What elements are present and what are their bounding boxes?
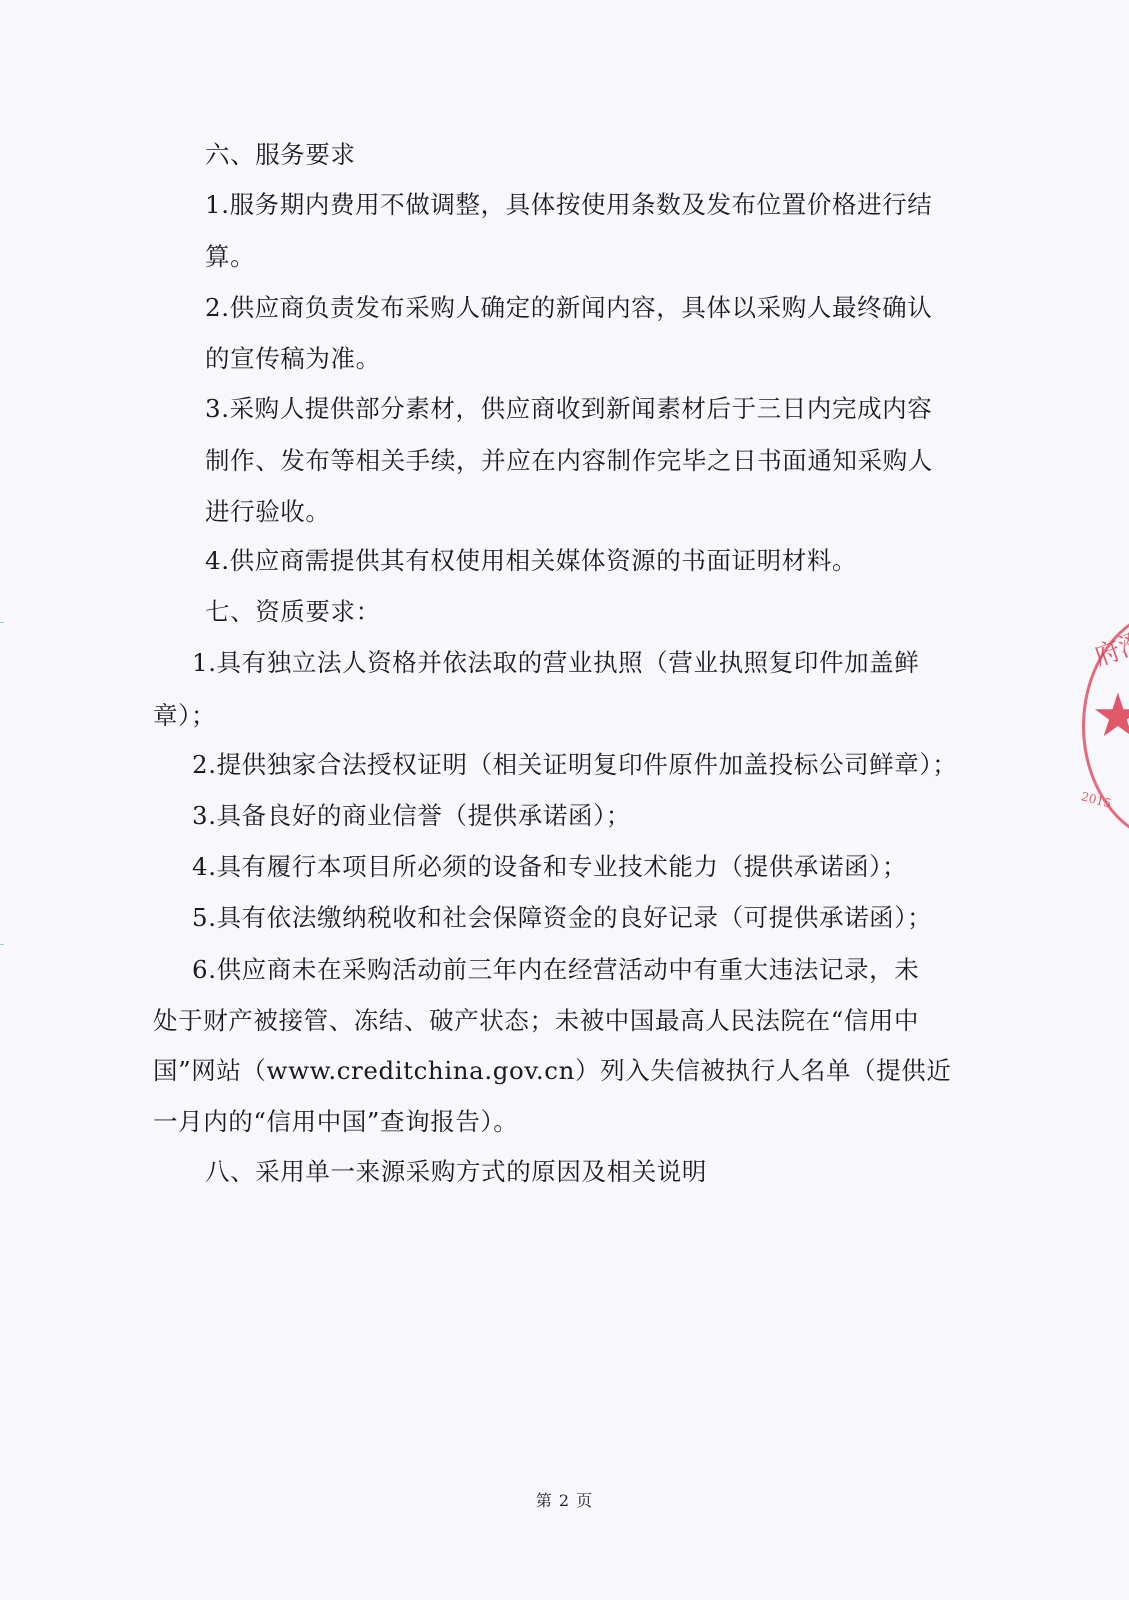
section-heading-single-source: 八、采用单一来源采购方式的原因及相关说明 [205,1157,707,1187]
scan-edge-mark [0,622,4,623]
qualification-item-2: 2.提供独家合法授权证明（相关证明复印件原件加盖投标公司鲜章）； [192,750,957,780]
qualification-item-6-cont2: 国”网站（www.creditchina.gov.cn）列入失信被执行人名单（提… [153,1056,951,1086]
service-item-2: 2.供应商负责发布采购人确定的新闻内容，具体以采购人最终确认 [205,293,932,323]
official-seal-stamp: 府澄 ★ 2015 [1082,608,1129,844]
service-item-1: 1.服务期内费用不做调整，具体按使用条数及发布位置价格进行结 [205,190,932,220]
section-heading-qualification: 七、资质要求： [205,597,381,627]
service-item-3-cont: 制作、发布等相关手续，并应在内容制作完毕之日书面通知采购人 [205,446,933,476]
star-icon: ★ [1091,681,1129,751]
section-heading-service: 六、服务要求 [205,140,356,170]
qualification-item-6-cont3: 一月内的“信用中国”查询报告）。 [153,1107,518,1137]
qualification-item-6: 6.供应商未在采购活动前三年内在经营活动中有重大违法记录，未 [192,955,919,985]
service-item-2-cont: 的宣传稿为准。 [205,344,381,374]
qualification-item-6-cont: 处于财产被接管、冻结、破产状态；未被中国最高人民法院在“信用中 [153,1006,919,1036]
qualification-item-1: 1.具有独立法人资格并依法取的营业执照（营业执照复印件加盖鲜 [192,648,919,678]
service-item-4: 4.供应商需提供其有权使用相关媒体资源的书面证明材料。 [205,546,857,576]
document-page: 六、服务要求 1.服务期内费用不做调整，具体按使用条数及发布位置价格进行结 算。… [0,0,1129,1600]
stamp-text: 府澄 [1088,621,1129,674]
qualification-item-4: 4.具有履行本项目所必须的设备和专业技术能力（提供承诺函）； [192,852,907,882]
service-item-3: 3.采购人提供部分素材，供应商收到新闻素材后于三日内完成内容 [205,394,932,424]
service-item-3-cont2: 进行验收。 [205,497,331,527]
qualification-item-3: 3.具备良好的商业信誉（提供承诺函）； [192,801,631,831]
qualification-item-1-cont: 章）； [153,701,216,731]
service-item-1-cont: 算。 [205,242,255,272]
scan-edge-mark [0,944,4,945]
page-number: 第 2 页 [0,1488,1129,1511]
qualification-item-5: 5.具有依法缴纳税收和社会保障资金的良好记录（可提供承诺函）； [192,903,932,933]
stamp-number: 2015 [1080,789,1113,810]
